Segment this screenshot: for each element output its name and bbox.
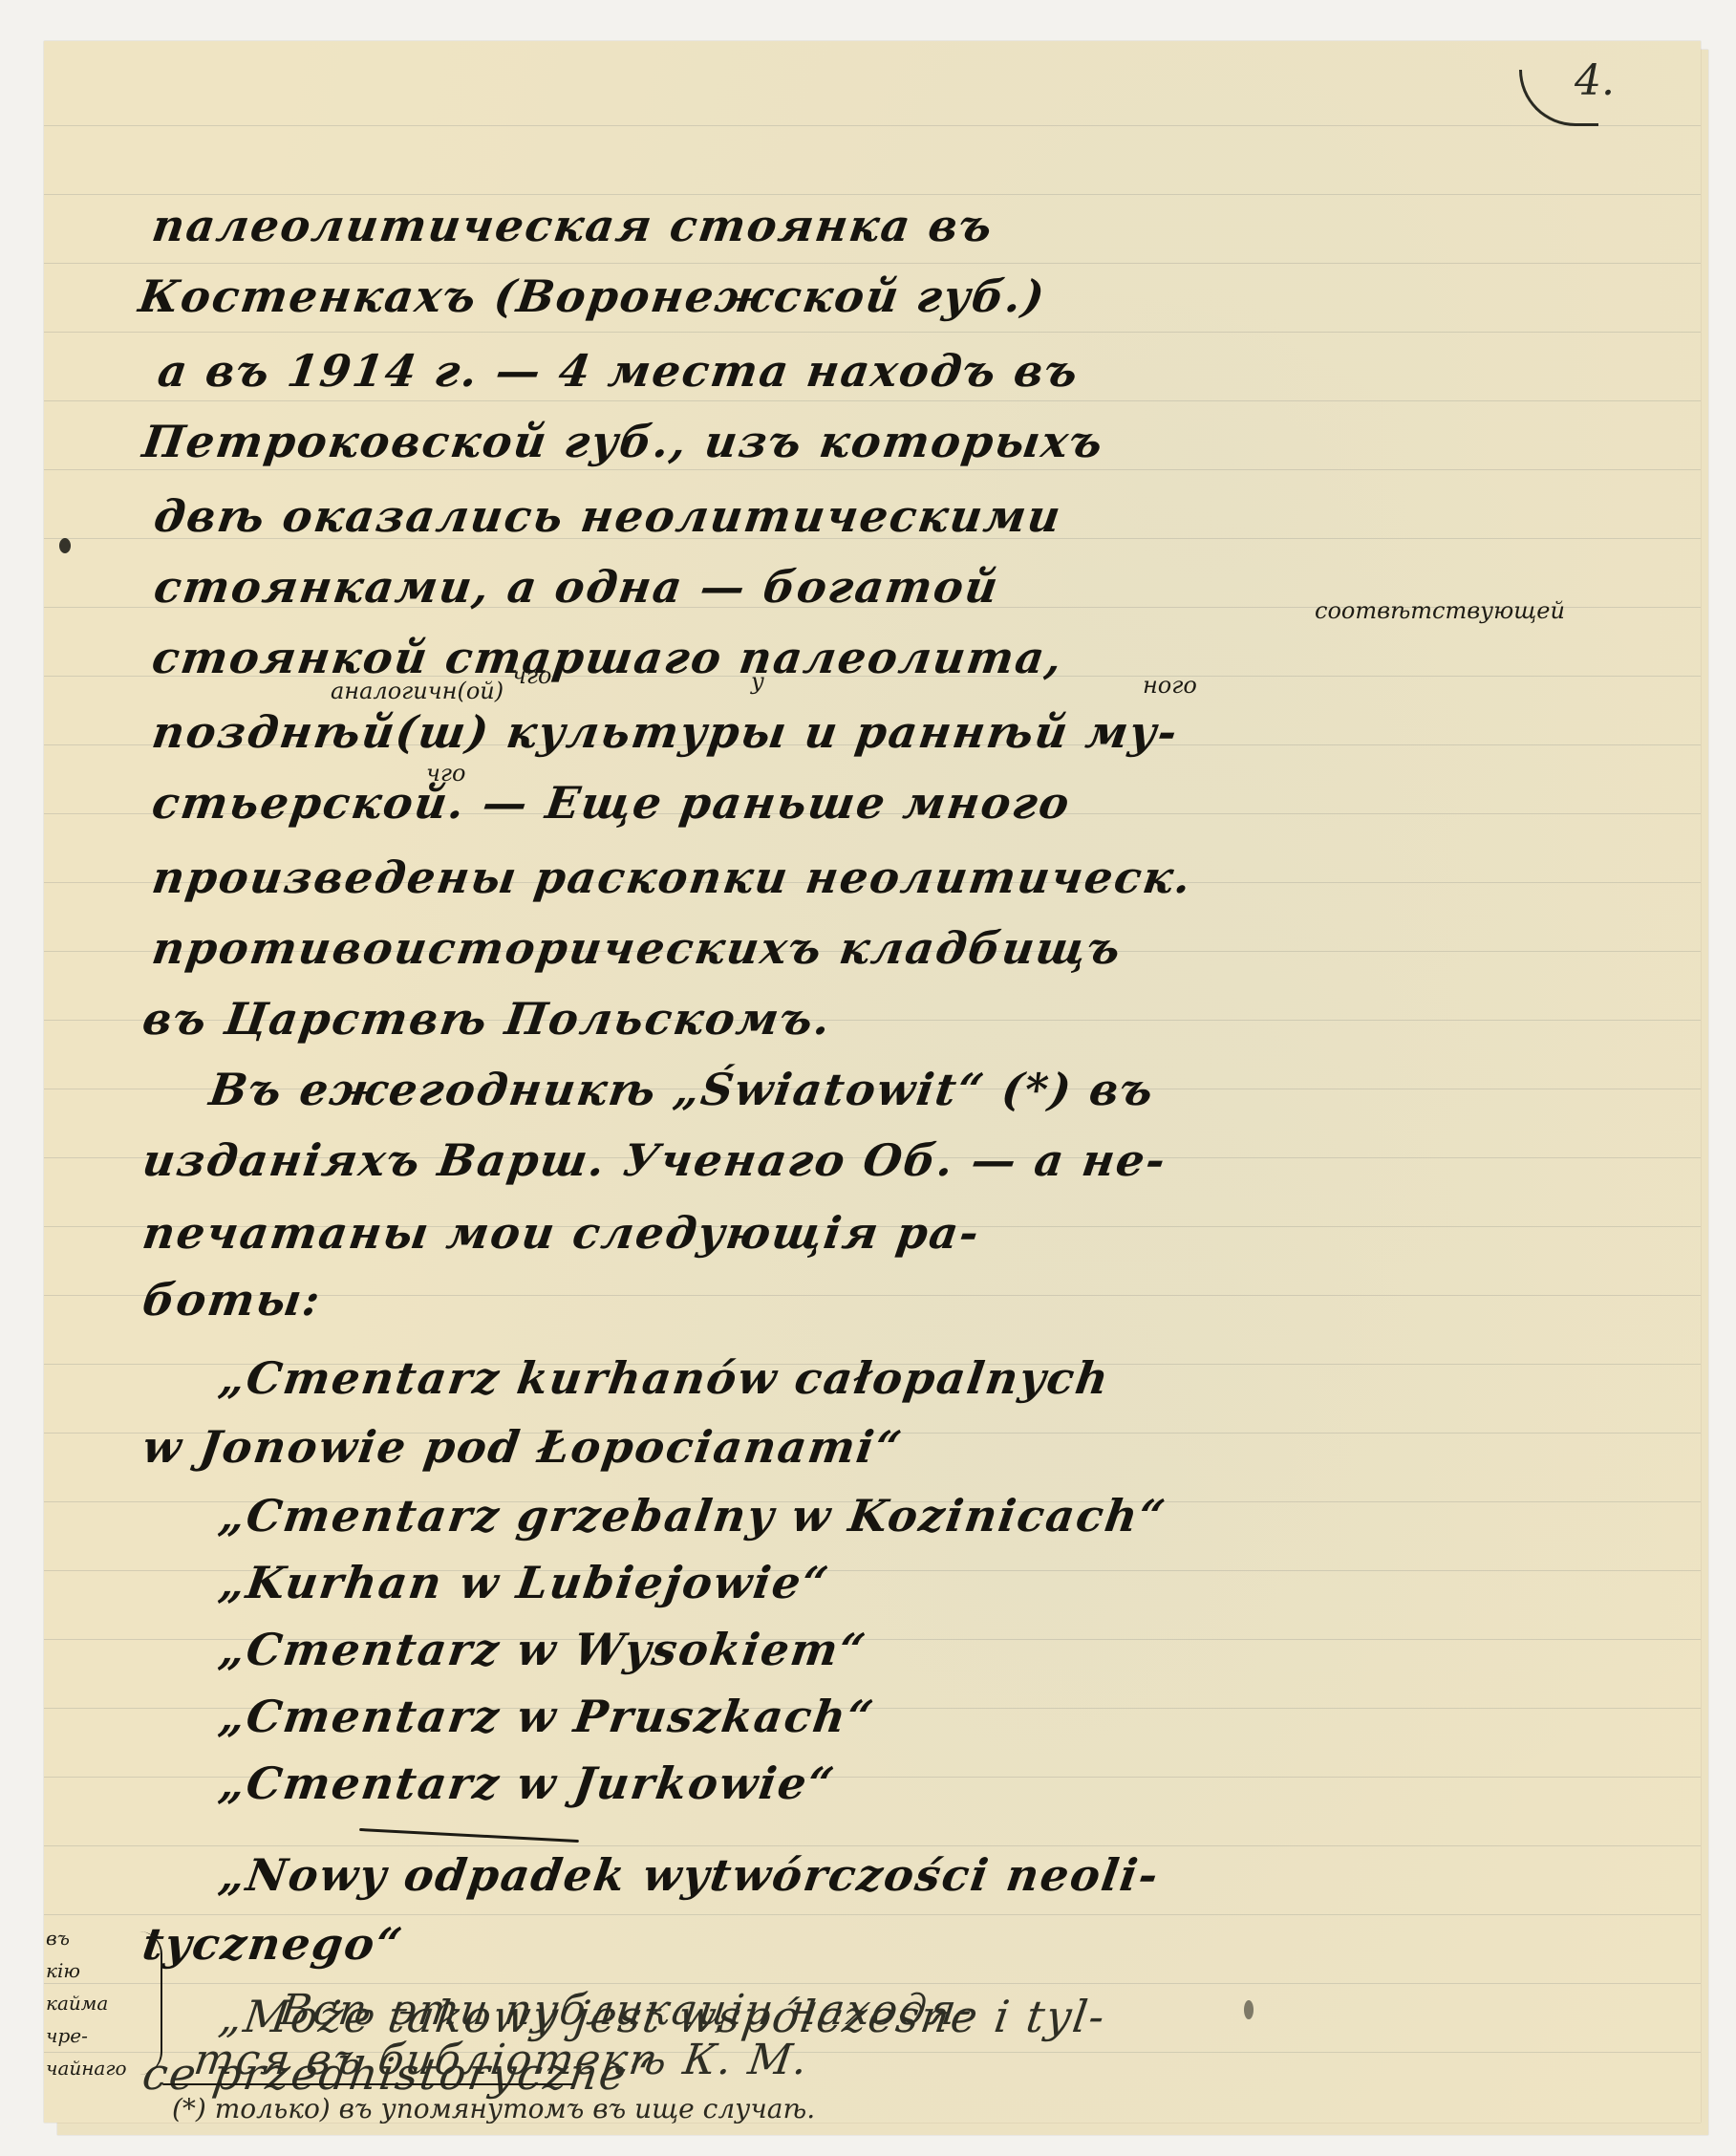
text-line: изданіяхъ Варш. Ученаго Об. — а не- <box>139 1134 1170 1186</box>
ruled-line <box>44 263 1701 264</box>
text-line: произведены раскопки неолитическ. <box>149 852 1196 903</box>
footnote-divider <box>162 2083 573 2085</box>
interlinear-correction: соотвѣтствующей <box>1315 597 1565 624</box>
publication-title: tycznego“ <box>139 1918 407 1970</box>
ink-blot <box>59 538 71 553</box>
publication-title: w Jonowie pod Łopocianami“ <box>139 1421 906 1473</box>
text-line: Всѣ эти публикаціи находя- <box>277 1986 977 2035</box>
ruled-line <box>44 1845 1701 1846</box>
margin-note: въ кію кайма чре- чайнаго <box>46 1922 127 2084</box>
ruled-line <box>44 400 1701 401</box>
text-line: двѣ оказались неолитическими <box>151 490 1065 542</box>
text-line: печатаны мои следующія ра- <box>139 1207 984 1259</box>
publication-title: „Kurhan w Lubiejowie“ <box>216 1557 833 1608</box>
ruled-line <box>44 1983 1701 1984</box>
margin-bracket <box>139 1931 162 2075</box>
text-line: тся въ библіотекѣ К. М. <box>191 2036 812 2084</box>
publication-title: „Cmentarz w Pruszkach“ <box>216 1691 878 1742</box>
text-line: боты: <box>139 1274 325 1326</box>
ruled-line <box>44 1914 1701 1915</box>
publication-title: „Cmentarz grzebalny w Kozinicach“ <box>216 1490 1169 1542</box>
text-line: палеолитическая стоянка въ <box>149 200 997 251</box>
publication-title: „Cmentarz w Jurkowie“ <box>216 1757 839 1809</box>
text-line: а въ 1914 г. — 4 места находъ въ <box>155 345 1082 397</box>
text-line: Костенкахъ (Воронежской губ.) <box>136 270 1049 322</box>
text-line: въ Царствѣ Польскомъ. <box>139 993 835 1045</box>
text-line: позднѣй(ш) культуры и раннѣй му- <box>149 706 1182 758</box>
page-number: 4. <box>1519 60 1634 137</box>
publication-title: „Cmentarz kurhanów całopalnych <box>216 1352 1113 1404</box>
interlinear-correction: ного <box>1143 672 1197 699</box>
text-line: Въ ежегодникѣ „Światowit“ (*) въ <box>206 1064 1158 1115</box>
footnote: (*) только) въ упомянутомъ въ ище случаѣ… <box>172 2093 815 2124</box>
separator-stroke <box>359 1828 579 1843</box>
ruled-line <box>44 125 1701 126</box>
text-line: стоянкой старшаго палеолита, <box>149 632 1067 683</box>
text-line: противоисторическихъ кладбищъ <box>149 922 1125 974</box>
text-line: Петроковской губ., изъ которыхъ <box>139 416 1107 467</box>
interlinear-correction: у <box>751 668 764 695</box>
text-line: стоянками, а одна — богатой <box>151 561 1002 613</box>
ink-blot <box>1244 2000 1254 2019</box>
interlinear-correction: аналогичн(ой) <box>331 678 504 704</box>
publication-title: „Cmentarz w Wysokiem“ <box>216 1624 870 1675</box>
publication-title: „Nowy odpadek wytwórczości neoli- <box>216 1849 1163 1901</box>
interlinear-correction: чго <box>512 662 552 689</box>
ruled-line <box>44 332 1701 333</box>
ruled-line <box>44 469 1701 470</box>
manuscript-page: 4. палеолитическая стоянка въ Костенкахъ… <box>44 41 1701 2123</box>
text-line: стьерской. — Еще раньше много <box>149 777 1074 829</box>
ruled-line <box>44 194 1701 195</box>
